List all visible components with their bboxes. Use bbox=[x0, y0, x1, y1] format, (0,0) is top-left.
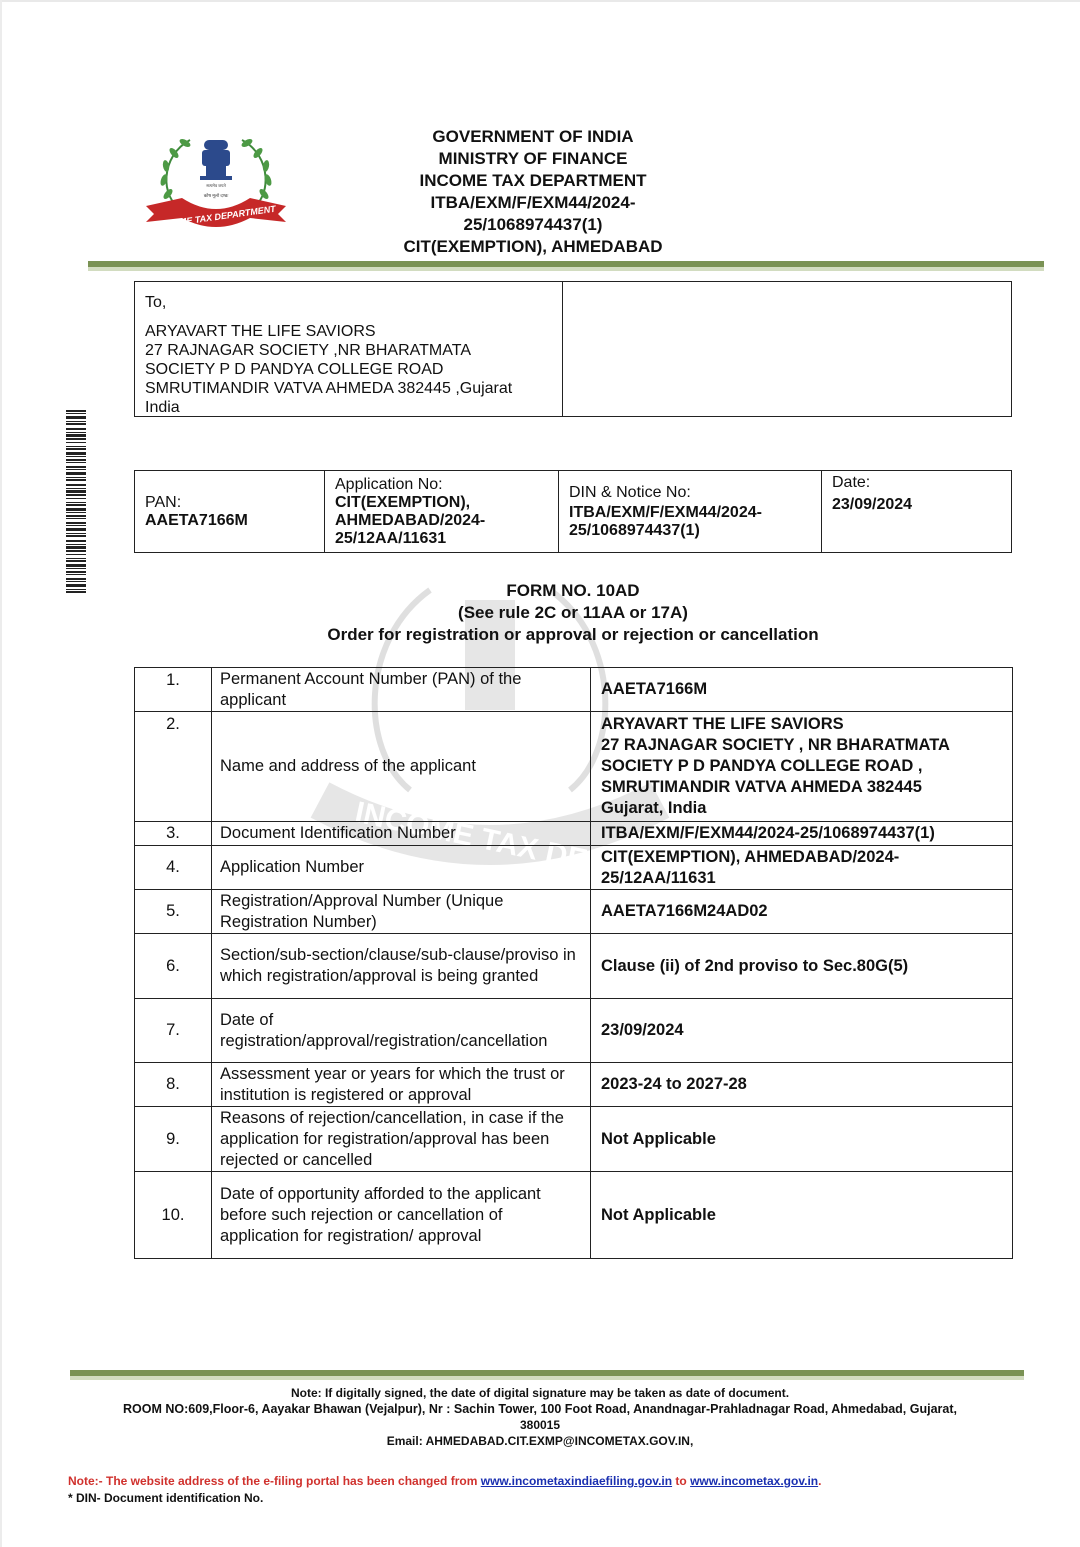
row-number: 10. bbox=[135, 1172, 212, 1259]
row-label: Date of opportunity afforded to the appl… bbox=[212, 1172, 591, 1259]
pan-cell: PAN: AAETA7166M bbox=[135, 471, 325, 552]
din-value: ITBA/EXM/F/EXM44/2024- bbox=[569, 504, 811, 522]
form-subtitle: Order for registration or approval or re… bbox=[200, 624, 946, 646]
address-line: SMRUTIMANDIR VATVA AHMEDA 382445 ,Gujara… bbox=[145, 379, 512, 398]
row-label: Permanent Account Number (PAN) of the ap… bbox=[212, 668, 591, 712]
website-note-text: Note:- The website address of the e-fili… bbox=[68, 1474, 481, 1488]
row-number: 5. bbox=[135, 890, 212, 934]
income-tax-department-logo-icon: सत्यमेव जयते कोष मूलो दण्डः INCOME TAX D… bbox=[142, 128, 290, 238]
address-line: India bbox=[145, 398, 512, 417]
page-border-left bbox=[0, 0, 2, 1547]
row-label: Document Identification Number bbox=[212, 822, 591, 846]
row-number: 9. bbox=[135, 1107, 212, 1172]
din-cell: DIN & Notice No: ITBA/EXM/F/EXM44/2024- … bbox=[559, 471, 822, 552]
application-no-label: Application No: bbox=[335, 476, 548, 494]
header-line: CIT(EXEMPTION), AHMEDABAD bbox=[360, 236, 706, 258]
date-cell: Date: 23/09/2024 bbox=[822, 471, 1011, 552]
row-number: 8. bbox=[135, 1063, 212, 1107]
row-value: ARYAVART THE LIFE SAVIORS 27 RAJNAGAR SO… bbox=[591, 712, 1013, 822]
table-row: 6.Section/sub-section/clause/sub-clause/… bbox=[135, 934, 1013, 999]
form-number: FORM NO. 10AD bbox=[200, 580, 946, 602]
row-label: Name and address of the applicant bbox=[212, 712, 591, 822]
row-number: 7. bbox=[135, 999, 212, 1063]
address-line: SOCIETY P D PANDYA COLLEGE ROAD bbox=[145, 360, 512, 379]
row-number: 6. bbox=[135, 934, 212, 999]
header-title-block: GOVERNMENT OF INDIA MINISTRY OF FINANCE … bbox=[360, 126, 706, 258]
row-number: 4. bbox=[135, 846, 212, 890]
row-value: AAETA7166M24AD02 bbox=[591, 890, 1013, 934]
row-label: Section/sub-section/clause/sub-clause/pr… bbox=[212, 934, 591, 999]
signature-note: Note: If digitally signed, the date of d… bbox=[0, 1385, 1080, 1401]
form-rule-reference: (See rule 2C or 11AA or 17A) bbox=[200, 602, 946, 624]
row-value: CIT(EXEMPTION), AHMEDABAD/2024- 25/12AA/… bbox=[591, 846, 1013, 890]
footer-divider bbox=[70, 1370, 1024, 1380]
application-no-value: AHMEDABAD/2024- bbox=[335, 512, 548, 530]
header-divider bbox=[88, 261, 1044, 271]
table-row: 7.Date of registration/approval/registra… bbox=[135, 999, 1013, 1063]
date-value: 23/09/2024 bbox=[832, 496, 1001, 514]
header-line: 25/1068974437(1) bbox=[360, 214, 706, 236]
row-label: Date of registration/approval/registrati… bbox=[212, 999, 591, 1063]
office-address: ROOM NO:609,Floor-6, Aayakar Bhawan (Vej… bbox=[0, 1401, 1080, 1417]
website-note-text: . bbox=[818, 1474, 821, 1488]
table-row: 10.Date of opportunity afforded to the a… bbox=[135, 1172, 1013, 1259]
office-pincode: 380015 bbox=[0, 1417, 1080, 1433]
recipient-address: ARYAVART THE LIFE SAVIORS 27 RAJNAGAR SO… bbox=[145, 322, 512, 417]
row-number: 1. bbox=[135, 668, 212, 712]
row-label: Reasons of rejection/cancellation, in ca… bbox=[212, 1107, 591, 1172]
recipient-address-cell: To, ARYAVART THE LIFE SAVIORS 27 RAJNAGA… bbox=[135, 282, 563, 416]
application-no-value: 25/12AA/11631 bbox=[335, 530, 548, 548]
row-value: Clause (ii) of 2nd proviso to Sec.80G(5) bbox=[591, 934, 1013, 999]
table-row: 8.Assessment year or years for which the… bbox=[135, 1063, 1013, 1107]
new-portal-link[interactable]: www.incometax.gov.in bbox=[690, 1474, 818, 1488]
header-line: GOVERNMENT OF INDIA bbox=[360, 126, 706, 148]
row-value: Not Applicable bbox=[591, 1172, 1013, 1259]
page-border-top bbox=[0, 0, 1080, 2]
row-number: 3. bbox=[135, 822, 212, 846]
office-email: Email: AHMEDABAD.CIT.EXMP@INCOMETAX.GOV.… bbox=[0, 1433, 1080, 1449]
table-row: 9.Reasons of rejection/cancellation, in … bbox=[135, 1107, 1013, 1172]
din-label: DIN & Notice No: bbox=[569, 484, 811, 502]
salutation: To, bbox=[145, 294, 166, 312]
table-row: 5.Registration/Approval Number (Unique R… bbox=[135, 890, 1013, 934]
pan-value: AAETA7166M bbox=[145, 512, 314, 530]
header-line: MINISTRY OF FINANCE bbox=[360, 148, 706, 170]
website-change-note: Note:- The website address of the e-fili… bbox=[68, 1474, 821, 1488]
table-row: 4.Application NumberCIT(EXEMPTION), AHME… bbox=[135, 846, 1013, 890]
table-row: 1.Permanent Account Number (PAN) of the … bbox=[135, 668, 1013, 712]
din-value: 25/1068974437(1) bbox=[569, 522, 811, 540]
din-footnote: * DIN- Document identification No. bbox=[68, 1491, 263, 1505]
row-value: Not Applicable bbox=[591, 1107, 1013, 1172]
address-line: 27 RAJNAGAR SOCIETY ,NR BHARATMATA bbox=[145, 341, 512, 360]
table-row: 3.Document Identification NumberITBA/EXM… bbox=[135, 822, 1013, 846]
row-value: AAETA7166M bbox=[591, 668, 1013, 712]
row-label: Registration/Approval Number (Unique Reg… bbox=[212, 890, 591, 934]
form-heading: FORM NO. 10AD (See rule 2C or 11AA or 17… bbox=[200, 580, 946, 646]
header-line: ITBA/EXM/F/EXM44/2024- bbox=[360, 192, 706, 214]
row-number: 2. bbox=[135, 712, 212, 822]
pan-label: PAN: bbox=[145, 494, 314, 512]
svg-text:कोष मूलो दण्डः: कोष मूलो दण्डः bbox=[204, 192, 229, 199]
row-label: Application Number bbox=[212, 846, 591, 890]
recipient-address-box: To, ARYAVART THE LIFE SAVIORS 27 RAJNAGA… bbox=[134, 281, 1012, 417]
row-value: ITBA/EXM/F/EXM44/2024-25/1068974437(1) bbox=[591, 822, 1013, 846]
website-note-text: to bbox=[672, 1474, 690, 1488]
svg-text:सत्यमेव जयते: सत्यमेव जयते bbox=[206, 183, 226, 188]
row-value: 23/09/2024 bbox=[591, 999, 1013, 1063]
header-line: INCOME TAX DEPARTMENT bbox=[360, 170, 706, 192]
reference-info-table: PAN: AAETA7166M Application No: CIT(EXEM… bbox=[134, 470, 1012, 553]
barcode-icon bbox=[66, 410, 86, 596]
order-details-table: 1.Permanent Account Number (PAN) of the … bbox=[134, 667, 1013, 1259]
old-portal-link[interactable]: www.incometaxindiaefiling.gov.in bbox=[481, 1474, 672, 1488]
address-line: ARYAVART THE LIFE SAVIORS bbox=[145, 322, 512, 341]
date-label: Date: bbox=[832, 474, 1001, 492]
table-row: 2.Name and address of the applicantARYAV… bbox=[135, 712, 1013, 822]
row-value: 2023-24 to 2027-28 bbox=[591, 1063, 1013, 1107]
application-no-cell: Application No: CIT(EXEMPTION), AHMEDABA… bbox=[325, 471, 559, 552]
row-label: Assessment year or years for which the t… bbox=[212, 1063, 591, 1107]
application-no-value: CIT(EXEMPTION), bbox=[335, 494, 548, 512]
